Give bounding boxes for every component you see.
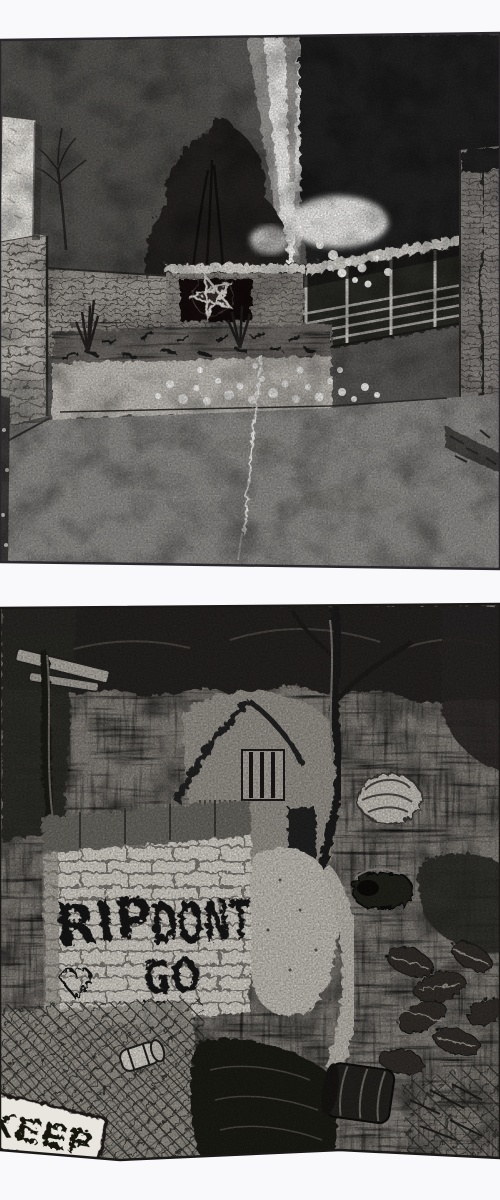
bottom-panel: RIP DONT GO IN ♥: [0, 604, 500, 1175]
etch-blotch-top: [0, 33, 500, 570]
top-panel: [0, 33, 500, 570]
etching-svg: RIP DONT GO IN ♥: [0, 0, 500, 1200]
etching-print: RIP DONT GO IN ♥: [0, 0, 500, 1200]
etch-grain-bottom: [0, 604, 500, 1160]
